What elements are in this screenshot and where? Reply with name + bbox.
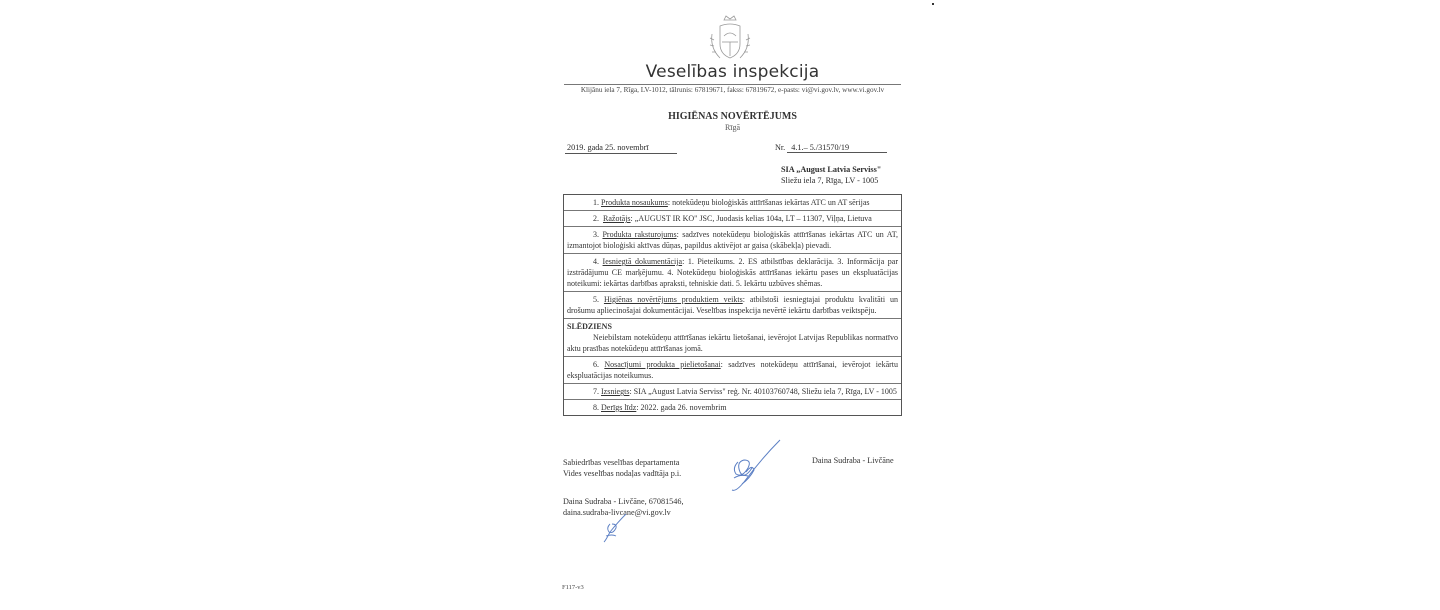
conclusion-text: Neiebilstam notekūdeņu attīrīšanas iekār… — [567, 333, 898, 353]
table-row: 7. Izsniegts: SIA „August Latvia Serviss… — [564, 384, 901, 400]
document-page: Veselības inspekcija Klijānu iela 7, Rīg… — [0, 0, 1440, 610]
row-number: 1. — [593, 198, 599, 207]
row-label: Ražotājs — [603, 214, 631, 223]
coat-of-arms-icon — [706, 14, 754, 66]
row-number: 8. — [593, 403, 599, 412]
initials-icon — [600, 512, 628, 544]
table-row: 2. Ražotājs: „AUGUST IR KO" JSC, Juodasi… — [564, 211, 901, 227]
header-divider — [564, 84, 901, 85]
recipient-address: Sliežu iela 7, Rīga, LV - 1005 — [781, 175, 881, 186]
row-label: Derīgs līdz — [601, 403, 636, 412]
assessment-table: 1. Produkta nosaukums: notekūdeņu bioloģ… — [563, 194, 902, 416]
conclusion-row: SLĒDZIENS Neiebilstam notekūdeņu attīrīš… — [564, 319, 901, 357]
document-number: Nr. 4.1.– 5./31570/19 — [775, 143, 897, 153]
row-number: 6. — [593, 360, 599, 369]
department-name: Sabiedrības veselības departamenta — [563, 457, 681, 468]
row-label: Izsniegts — [601, 387, 629, 396]
organization-name: Veselības inspekcija — [560, 62, 905, 82]
conclusion-heading: SLĒDZIENS — [567, 321, 898, 332]
scan-speck — [932, 3, 934, 5]
row-text: : SIA „August Latvia Serviss" reģ. Nr. 4… — [629, 387, 896, 396]
document-place: Rīgā — [560, 123, 905, 132]
row-label: Produkta nosaukums — [601, 198, 668, 207]
signatory-position: Sabiedrības veselības departamenta Vides… — [563, 457, 681, 479]
row-text: : „AUGUST IR KO" JSC, Juodasis kelias 10… — [631, 214, 872, 223]
row-number: 2. — [593, 214, 599, 223]
document-date: 2019. gada 25. novembrī — [565, 143, 677, 154]
row-label: Nosacījumi produkta pielietošanai — [604, 360, 720, 369]
table-row: 5. Higiēnas novērtējums produktiem veikt… — [564, 292, 901, 319]
position-title: Vides veselības nodaļas vadītāja p.i. — [563, 468, 681, 479]
organization-address: Klijānu iela 7, Rīga, LV-1012, tālrunis:… — [560, 86, 905, 94]
row-number: 7. — [593, 387, 599, 396]
row-label: Iesniegtā dokumentācija — [603, 257, 683, 266]
signer-name: Daina Sudraba - Livčāne — [812, 456, 894, 465]
document-title: HIGIĒNAS NOVĒRTĒJUMS — [560, 111, 905, 122]
table-row: 6. Nosacījumi produkta pielietošanai: sa… — [564, 357, 901, 384]
contact-name-phone: Daina Sudraba - Livčāne, 67081546, — [563, 496, 684, 507]
row-number: 3. — [593, 230, 599, 239]
number-label: Nr. — [775, 143, 785, 152]
row-label: Higiēnas novērtējums produktiem veikts — [604, 295, 743, 304]
recipient-name: SIA „August Latvia Serviss" — [781, 164, 881, 175]
row-number: 4. — [593, 257, 599, 266]
row-text: : notekūdeņu bioloģiskās attīrīšanas iek… — [668, 198, 870, 207]
row-number: 5. — [593, 295, 599, 304]
table-row: 4. Iesniegtā dokumentācija: 1. Pieteikum… — [564, 254, 901, 292]
signature-icon — [722, 438, 782, 496]
table-row: 3. Produkta raksturojums: sadzīves notek… — [564, 227, 901, 254]
number-value: 4.1.– 5./31570/19 — [787, 143, 887, 153]
row-text: : 2022. gada 26. novembrim — [636, 403, 726, 412]
form-code: F117-v3 — [562, 584, 584, 591]
recipient: SIA „August Latvia Serviss" Sliežu iela … — [781, 164, 881, 186]
table-row: 1. Produkta nosaukums: notekūdeņu bioloģ… — [564, 195, 901, 211]
table-row: 8. Derīgs līdz: 2022. gada 26. novembrim — [564, 400, 901, 415]
row-label: Produkta raksturojums — [602, 230, 676, 239]
